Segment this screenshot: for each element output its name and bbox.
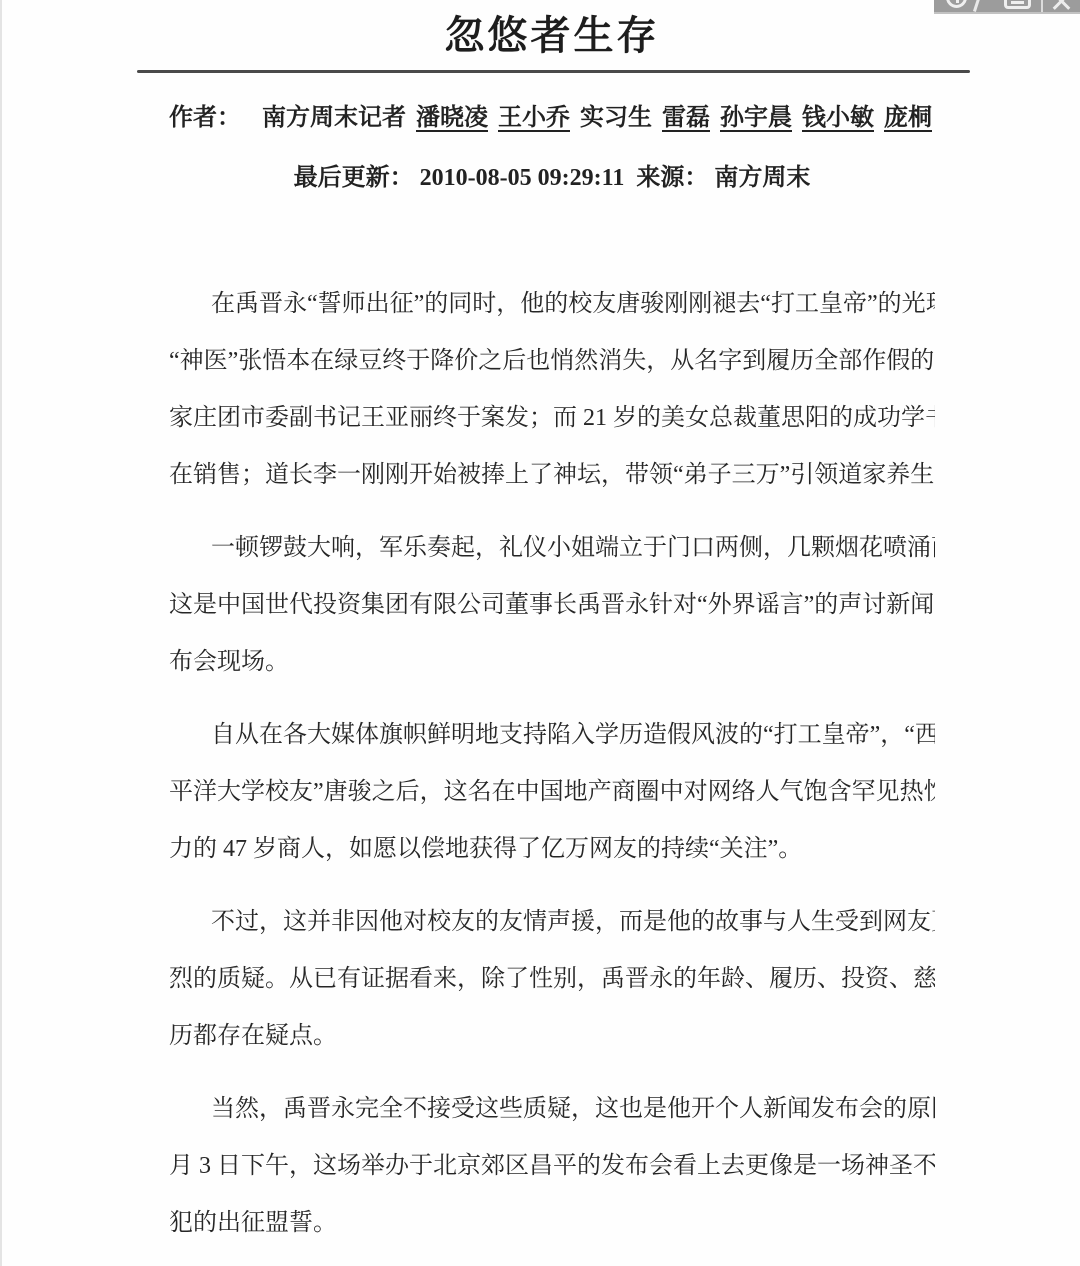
paragraph: 不过，这并非因他对校友的友情声援，而是他的故事与人生受到网友更为激烈的质疑。从已… — [169, 894, 935, 1065]
author-name[interactable]: 王小乔 — [498, 105, 570, 131]
article-page: 忽悠者生存 作者：南方周末记者潘晓凌王小乔实习生雷磊孙宇晨钱小敏庞桐 最后更新：… — [0, 0, 1080, 1266]
author-name[interactable]: 潘晓凌 — [416, 105, 488, 131]
top-toolbar — [934, 0, 1080, 14]
author-name[interactable]: 钱小敏 — [802, 105, 874, 131]
byline-authors: 南方周末记者潘晓凌王小乔实习生雷磊孙宇晨钱小敏庞桐 — [257, 105, 937, 131]
paragraph-line: 布会现场。 — [169, 634, 935, 691]
article-body: 在禹晋永“誓师出征”的同时，他的校友唐骏刚刚褪去“打工皇帝”的光环，“神医”张悟… — [169, 276, 935, 1252]
meta-line: 最后更新：2010-08-05 09:29:11 来源：南方周末 — [169, 163, 935, 193]
author-name[interactable]: 庞桐 — [884, 105, 932, 131]
document-icon[interactable] — [1004, 0, 1031, 9]
paragraph-line: 月 3 日下午，这场举办于北京郊区昌平的发布会看上去更像是一场神圣不容侵 — [169, 1138, 935, 1195]
close-icon[interactable] — [1050, 0, 1072, 12]
byline-label: 作者： — [169, 105, 241, 131]
updated-label: 最后更新： — [294, 165, 414, 191]
paragraph-line: 力的 47 岁商人，如愿以偿地获得了亿万网友的持续“关注”。 — [169, 821, 935, 878]
paragraph-line: “神医”张悟本在绿豆终于降价之后也悄然消失，从名字到履历全部作假的原石 — [169, 333, 935, 390]
author-role: 实习生 — [580, 105, 652, 131]
paragraph-line: 这是中国世代投资集团有限公司董事长禹晋永针对“外界谣言”的声讨新闻发 — [169, 577, 935, 634]
paragraph-line: 在销售；道长李一刚刚开始被捧上了神坛，带领“弟子三万”引领道家养生风潮。 — [169, 447, 935, 504]
paragraph-line: 烈的质疑。从已有证据看来，除了性别，禹晋永的年龄、履历、投资、慈善、学 — [169, 951, 935, 1008]
paragraph-line: 在禹晋永“誓师出征”的同时，他的校友唐骏刚刚褪去“打工皇帝”的光环， — [169, 276, 935, 333]
paragraph-line: 家庄团市委副书记王亚丽终于案发；而 21 岁的美女总裁董思阳的成功学书籍还 — [169, 390, 935, 447]
slash-icon — [973, 0, 982, 12]
title-divider — [137, 70, 970, 73]
paragraph-line: 一顿锣鼓大响，军乐奏起，礼仪小姐端立于门口两侧，几颗烟花喷涌而出。 — [169, 520, 935, 577]
paragraph-line: 不过，这并非因他对校友的友情声援，而是他的故事与人生受到网友更为激 — [169, 894, 935, 951]
paragraph: 一顿锣鼓大响，军乐奏起，礼仪小姐端立于门口两侧，几颗烟花喷涌而出。这是中国世代投… — [169, 520, 935, 691]
byline: 作者：南方周末记者潘晓凌王小乔实习生雷磊孙宇晨钱小敏庞桐 — [169, 103, 935, 133]
author-name[interactable]: 孙宇晨 — [720, 105, 792, 131]
paragraph-line: 平洋大学校友”唐骏之后，这名在中国地产商圈中对网络人气饱含罕见热忱与精 — [169, 764, 935, 821]
article: 忽悠者生存 作者：南方周末记者潘晓凌王小乔实习生雷磊孙宇晨钱小敏庞桐 最后更新：… — [169, 0, 935, 1252]
clock-icon[interactable] — [946, 0, 967, 8]
paragraph-line: 犯的出征盟誓。 — [169, 1195, 935, 1252]
paragraph: 当然，禹晋永完全不接受这些质疑，这也是他开个人新闻发布会的原因。8月 3 日下午… — [169, 1081, 935, 1252]
source-value: 南方周末 — [714, 165, 810, 191]
paragraph: 自从在各大媒体旗帜鲜明地支持陷入学历造假风波的“打工皇帝”，“西太平洋大学校友”… — [169, 707, 935, 878]
page-title: 忽悠者生存 — [169, 12, 935, 60]
paragraph-line: 当然，禹晋永完全不接受这些质疑，这也是他开个人新闻发布会的原因。8 — [169, 1081, 935, 1138]
source-label: 来源： — [636, 165, 708, 191]
paragraph-line: 自从在各大媒体旗帜鲜明地支持陷入学历造假风波的“打工皇帝”，“西太 — [169, 707, 935, 764]
toolbar-divider — [1041, 0, 1043, 14]
paragraph-line: 历都存在疑点。 — [169, 1008, 935, 1065]
updated-value: 2010-08-05 09:29:11 — [420, 165, 625, 191]
author-role: 南方周末记者 — [262, 105, 406, 131]
paragraph: 在禹晋永“誓师出征”的同时，他的校友唐骏刚刚褪去“打工皇帝”的光环，“神医”张悟… — [169, 276, 935, 504]
author-name[interactable]: 雷磊 — [662, 105, 710, 131]
